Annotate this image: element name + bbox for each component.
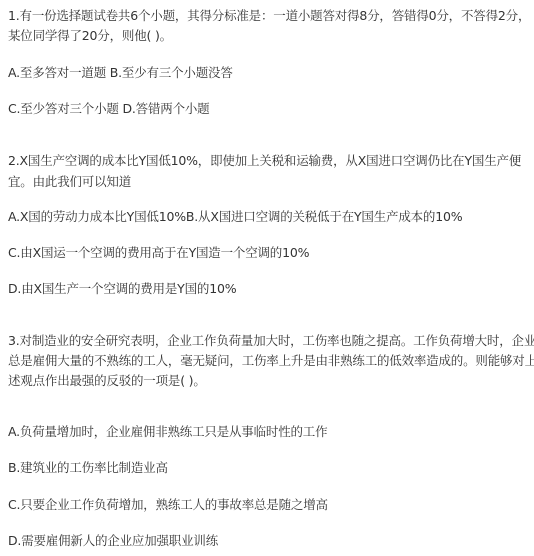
question-3-stem-line-2: 总是雇佣大量的不熟练的工人，毫无疑问，工伤率上升是由非熟练工的低效率造成的。则能… bbox=[8, 351, 534, 371]
question-3-stem-line-3: 述观点作出最强的反驳的一项是( )。 bbox=[8, 371, 206, 391]
question-2-option-c: C.由X国运一个空调的费用高于在Y国造一个空调的10% bbox=[8, 243, 309, 263]
question-1-options-ab: A.至多答对一道题 B.至少有三个小题没答 bbox=[8, 63, 233, 83]
question-3-option-a: A.负荷量增加时，企业雇佣非熟练工只是从事临时性的工作 bbox=[8, 422, 327, 442]
question-3-option-d: D.需要雇佣新人的企业应加强职业训练 bbox=[8, 531, 218, 551]
question-2-option-d: D.由X国生产一个空调的费用是Y国的10% bbox=[8, 279, 236, 299]
question-1-stem-line-1: 1.有一份选择题试卷共6个小题，其得分标准是：一道小题答对得8分，答错得0分，不… bbox=[8, 6, 530, 26]
question-1-options-cd: C.至少答对三个小题 D.答错两个小题 bbox=[8, 99, 209, 119]
question-1-stem-line-2: 某位同学得了20分，则他( )。 bbox=[8, 26, 172, 46]
question-2-stem-line-2: 宜。由此我们可以知道 bbox=[8, 172, 131, 192]
question-3-stem-line-1: 3.对制造业的安全研究表明，企业工作负荷量加大时，工伤率也随之提高。工作负荷增大… bbox=[8, 331, 534, 351]
question-2-options-ab: A.X国的劳动力成本比Y国低10%B.从X国进口空调的关税低于在Y国生产成本的1… bbox=[8, 207, 462, 227]
question-2-stem-line-1: 2.X国生产空调的成本比Y国低10%，即使加上关税和运输费，从X国进口空调仍比在… bbox=[8, 151, 521, 171]
question-3-option-c: C.只要企业工作负荷增加，熟练工人的事故率总是随之增高 bbox=[8, 495, 328, 515]
question-3-option-b: B.建筑业的工伤率比制造业高 bbox=[8, 458, 168, 478]
